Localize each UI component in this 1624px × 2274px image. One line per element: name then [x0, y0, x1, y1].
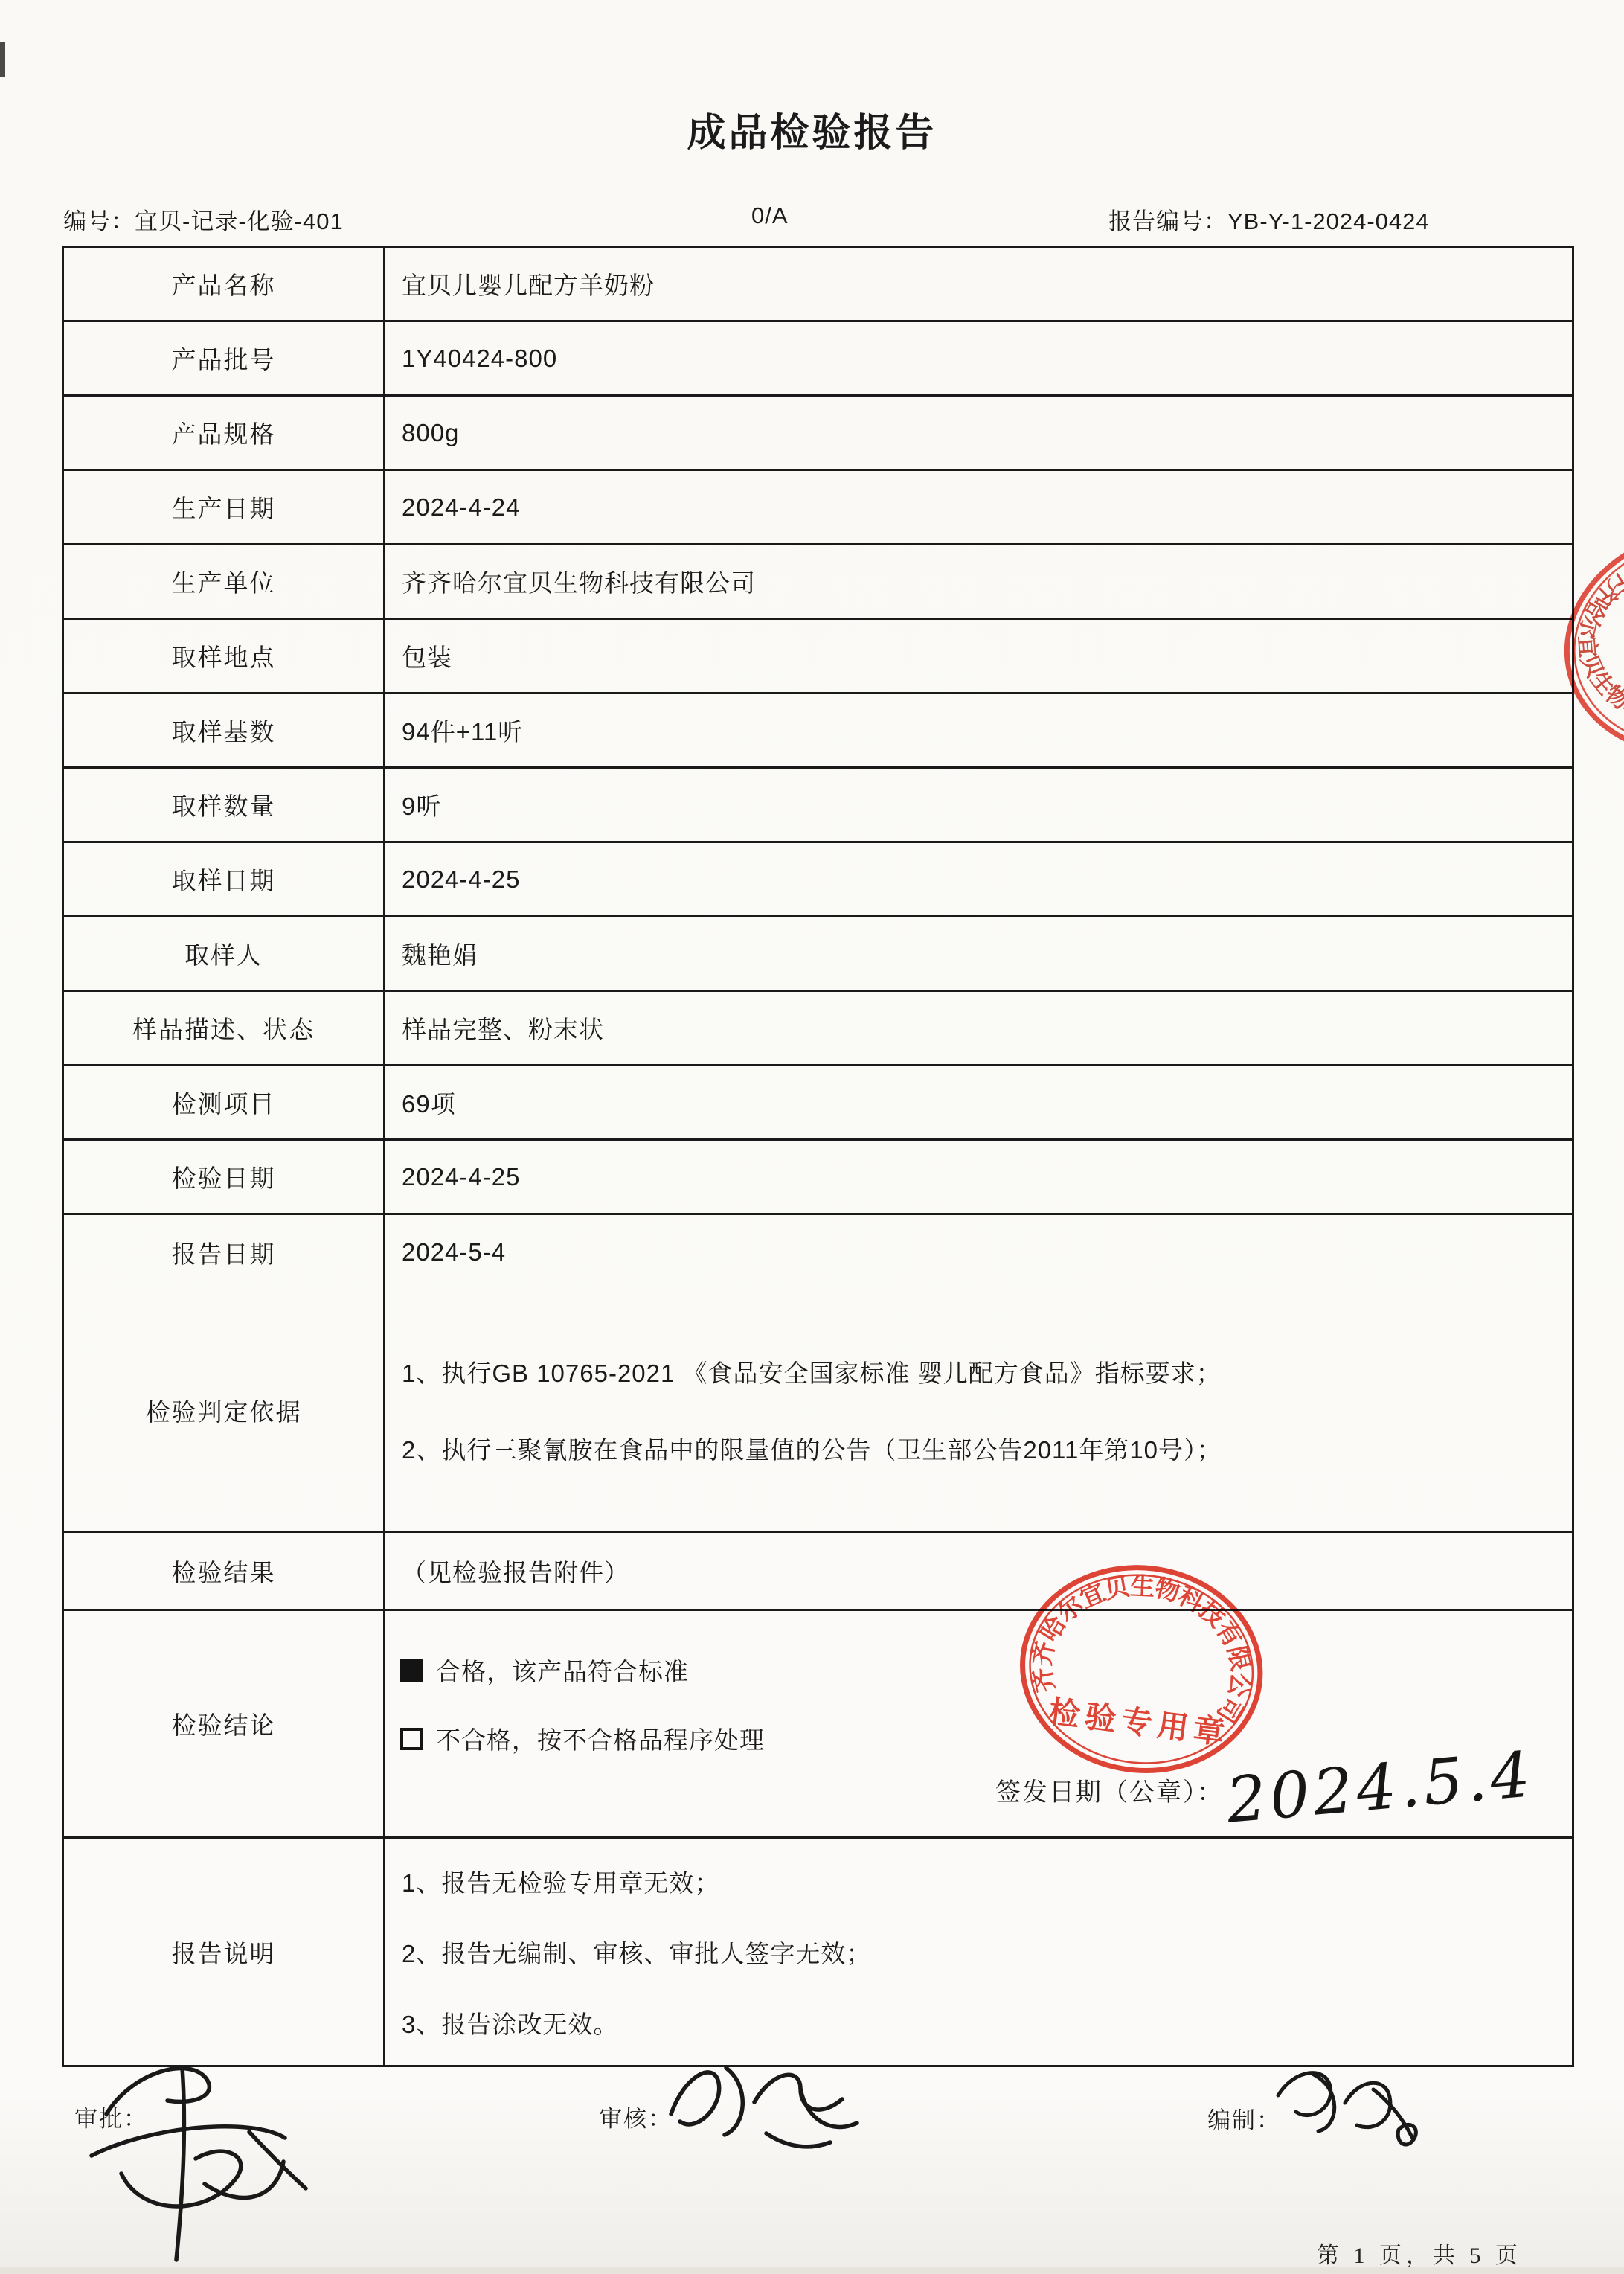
pass-option-label: 合格，该产品符合标准 [436, 1653, 689, 1688]
row-value: 2024-4-25 [385, 1141, 1572, 1213]
table-row: 生产单位齐齐哈尔宜贝生物科技有限公司 [64, 545, 1572, 620]
table-row-judgement-basis: 检验判定依据 1、执行GB 10765-2021 《食品安全国家标准 婴儿配方食… [64, 1290, 1572, 1533]
table-row-result: 检验结果 （见检验报告附件） [64, 1533, 1572, 1611]
pass-checkbox [400, 1659, 423, 1682]
row-value: 包装 [385, 620, 1572, 692]
row-label: 取样数量 [64, 769, 385, 841]
table-row: 生产日期2024-4-24 [64, 471, 1572, 545]
page-title: 成品检验报告 [0, 101, 1624, 157]
row-label: 取样基数 [64, 694, 385, 766]
row-label: 产品名称 [64, 248, 385, 320]
review-signature [655, 2043, 878, 2173]
note-line-2: 2、报告无编制、审核、审批人签字无效； [402, 1935, 871, 1970]
table-row: 取样日期2024-4-25 [64, 843, 1572, 917]
approve-signature [78, 2043, 353, 2273]
table-row-conclusion: 检验结论 合格，该产品符合标准 不合格，按不合格品程序处理 签发日期（公章）： … [64, 1611, 1572, 1839]
row-label: 生产单位 [64, 545, 385, 618]
row-value: 齐齐哈尔宜贝生物科技有限公司 [385, 545, 1572, 618]
row-value: 1、执行GB 10765-2021 《食品安全国家标准 婴儿配方食品》指标要求；… [385, 1290, 1572, 1531]
row-value: 魏艳娟 [385, 917, 1572, 990]
judgement-basis-line-1: 1、执行GB 10765-2021 《食品安全国家标准 婴儿配方食品》指标要求； [402, 1354, 1222, 1389]
version-code: 0/A [751, 202, 789, 229]
row-label: 生产日期 [64, 471, 385, 543]
fail-checkbox [400, 1728, 423, 1750]
row-value: 69项 [385, 1066, 1572, 1138]
row-value: 宜贝儿婴儿配方羊奶粉 [385, 248, 1572, 320]
table-row: 取样地点包装 [64, 620, 1572, 694]
row-value: 2024-4-25 [385, 843, 1572, 915]
row-label: 产品批号 [64, 322, 385, 394]
table-row: 取样基数94件+11听 [64, 694, 1572, 769]
judgement-basis-line-2: 2、执行三聚氰胺在食品中的限量值的公告（卫生部公告2011年第10号）； [402, 1431, 1222, 1466]
row-label: 检验结果 [64, 1533, 385, 1609]
row-label: 报告说明 [64, 1839, 385, 2065]
table-row: 产品名称宜贝儿婴儿配方羊奶粉 [64, 248, 1572, 322]
row-label: 产品规格 [64, 397, 385, 469]
row-label: 检测项目 [64, 1066, 385, 1138]
row-label: 检验结论 [64, 1611, 385, 1836]
row-value: 800g [385, 397, 1572, 469]
table-row: 检测项目69项 [64, 1066, 1572, 1141]
row-value: 1Y40424-800 [385, 322, 1572, 394]
table-row: 产品批号1Y40424-800 [64, 322, 1572, 397]
edge-partial-stamp: 齐齐哈尔宜贝生物科技有限公司 [1547, 513, 1624, 770]
row-value: 94件+11听 [385, 694, 1572, 766]
table-row: 样品描述、状态样品完整、粉末状 [64, 992, 1572, 1066]
table-row-notes: 报告说明 1、报告无检验专用章无效； 2、报告无编制、审核、审批人签字无效； 3… [64, 1839, 1572, 2065]
table-row: 产品规格800g [64, 397, 1572, 471]
fail-option-label: 不合格，按不合格品程序处理 [436, 1721, 765, 1756]
table-row: 取样人魏艳娟 [64, 917, 1572, 992]
conclusion-fail-option: 不合格，按不合格品程序处理 [400, 1721, 765, 1756]
prepare-signature [1265, 2046, 1428, 2158]
row-label: 样品描述、状态 [64, 992, 385, 1064]
row-value: 合格，该产品符合标准 不合格，按不合格品程序处理 签发日期（公章）： 2024.… [385, 1611, 1572, 1836]
page-number-footer: 第 1 页，共 5 页 [1317, 2237, 1522, 2270]
report-table: 产品名称宜贝儿婴儿配方羊奶粉产品批号1Y40424-800产品规格800g生产日… [62, 246, 1574, 2067]
row-value: （见检验报告附件） [385, 1533, 1572, 1609]
row-value: 9听 [385, 769, 1572, 841]
report-page: 成品检验报告 编号：宜贝-记录-化验-401 0/A 报告编号：YB-Y-1-2… [0, 0, 1624, 2274]
document-number: 编号：宜贝-记录-化验-401 [63, 202, 344, 236]
table-row: 报告日期2024-5-4 [64, 1215, 1572, 1290]
row-label: 取样人 [64, 917, 385, 990]
row-label: 检验日期 [64, 1141, 385, 1213]
scan-bottom-band [0, 2267, 1624, 2274]
table-row: 检验日期2024-4-25 [64, 1141, 1572, 1215]
conclusion-pass-option: 合格，该产品符合标准 [400, 1653, 689, 1688]
report-number: 报告编号：YB-Y-1-2024-0424 [1108, 202, 1430, 236]
row-label: 取样地点 [64, 620, 385, 692]
scan-edge-artifact [0, 42, 5, 77]
row-label: 报告日期 [64, 1215, 385, 1290]
note-line-1: 1、报告无检验专用章无效； [402, 1864, 719, 1899]
note-line-3: 3、报告涂改无效。 [402, 2005, 618, 2040]
inspection-stamp: 齐齐哈尔宜贝生物科技有限公司 检验专用章 [993, 1542, 1288, 1810]
row-value: 2024-5-4 [385, 1215, 1572, 1290]
row-label: 检验判定依据 [64, 1290, 385, 1531]
row-value: 1、报告无检验专用章无效； 2、报告无编制、审核、审批人签字无效； 3、报告涂改… [385, 1839, 1572, 2065]
table-row: 取样数量9听 [64, 769, 1572, 843]
row-value: 样品完整、粉末状 [385, 992, 1572, 1064]
issue-date-handwriting: 2024.5.4 [1224, 1737, 1537, 1837]
row-value: 2024-4-24 [385, 471, 1572, 543]
row-label: 取样日期 [64, 843, 385, 915]
